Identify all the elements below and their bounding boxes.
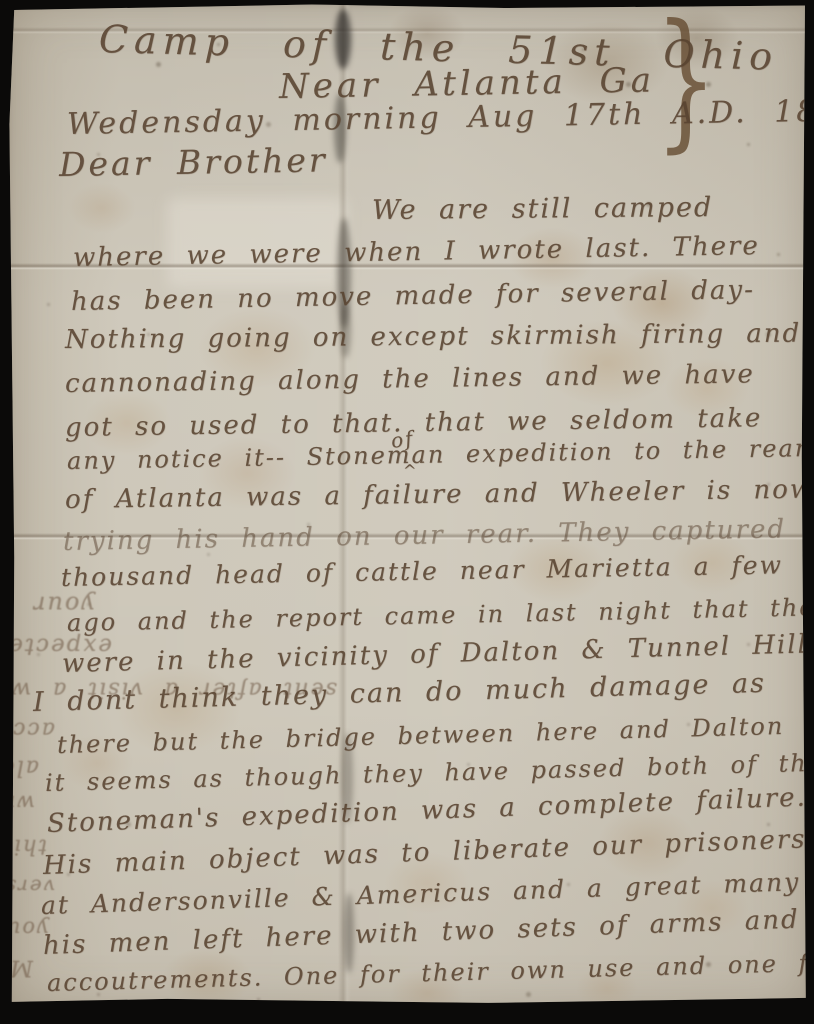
inverted-script-line: Morris letter of the 11th came to hand a… [0,955,33,980]
scanned-letter-root: } Camp of the 51st OhioNear Atlanta GaWe… [0,0,814,1024]
letter-line: of Atlanta was a failure and Wheeler is … [65,475,814,515]
inverted-script-line: will be with the Christmas & somewhere r… [0,791,35,815]
inverted-script-line: alongside and you can make out the color… [0,755,39,780]
letter-line: We are still camped [372,192,714,226]
inverted-script-line: think I very but badly that I am very we… [0,835,47,859]
letter-paper: } Camp of the 51st OhioNear Atlanta GaWe… [7,3,809,1011]
letter-line: of [389,426,416,453]
letter-line: trying his hand on our rear. They captur… [63,514,814,557]
letter-line: ^ [403,461,418,480]
letter-line: ago and the report came in last night th… [67,593,814,637]
inverted-script-line: you smile to ask your turn will come to … [0,917,49,941]
paper-specks [7,3,10,6]
letter-line: thousand head of cattle near Marietta a … [61,549,814,592]
letter-line: Dear Brother [59,140,328,184]
inverted-script-line: accordingly I take a turn after a visit … [0,717,55,742]
ink-brace: } [655,5,717,155]
letter-line: Nothing going on except skirmish firing … [65,319,801,355]
letter-line: cannonading along the lines and we have [65,359,755,399]
